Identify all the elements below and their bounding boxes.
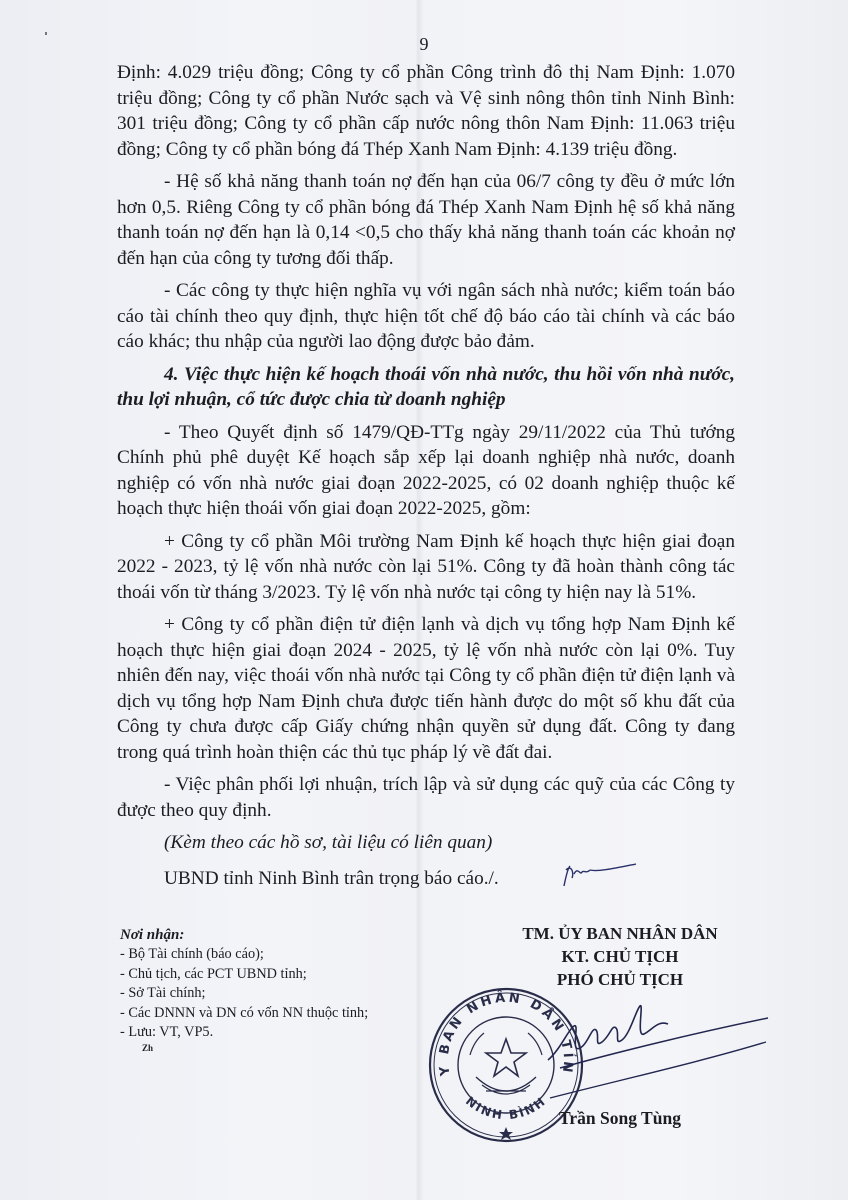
- paragraph-company-2: + Công ty cổ phần điện tử điện lạnh và d…: [117, 612, 735, 765]
- closing-line: UBND tỉnh Ninh Bình trân trọng báo cáo./…: [117, 860, 735, 898]
- paragraph-obligations: - Các công ty thực hiện nghĩa vụ với ngâ…: [117, 278, 735, 355]
- recipient-item: - Sở Tài chính;: [120, 984, 440, 1003]
- recipient-item: - Chủ tịch, các PCT UBND tỉnh;: [120, 965, 440, 984]
- recipients-list: Nơi nhận: - Bộ Tài chính (báo cáo); - Ch…: [120, 926, 440, 1054]
- paragraph-decision: - Theo Quyết định số 1479/QĐ-TTg ngày 29…: [117, 420, 735, 522]
- signature-block: TM. ỦY BAN NHÂN DÂN KT. CHỦ TỊCH PHÓ CHỦ…: [470, 922, 770, 991]
- signature-title-line2: KT. CHỦ TỊCH: [470, 945, 770, 968]
- svg-text:NINH BÌNH: NINH BÌNH: [463, 1094, 549, 1122]
- signature-title-line1: TM. ỦY BAN NHÂN DÂN: [470, 922, 770, 945]
- signer-name: Trần Song Tùng: [540, 1108, 700, 1129]
- initials-mark-icon: [513, 860, 640, 898]
- document-body: Định: 4.029 triệu đồng; Công ty cổ phần …: [117, 60, 735, 897]
- handwritten-signature-icon: [540, 990, 770, 1100]
- page-number: 9: [0, 34, 848, 55]
- recipient-item: - Các DNNN và DN có vốn NN thuộc tỉnh;: [120, 1004, 440, 1023]
- recipient-item: - Lưu: VT, VP5.: [120, 1023, 440, 1042]
- section-heading-4: 4. Việc thực hiện kế hoạch thoái vốn nhà…: [117, 362, 735, 413]
- paragraph-continuation: Định: 4.029 triệu đồng; Công ty cổ phần …: [117, 60, 735, 162]
- paragraph-company-1: + Công ty cổ phần Môi trường Nam Định kế…: [117, 529, 735, 606]
- document-page: 9 Định: 4.029 triệu đồng; Công ty cổ phầ…: [0, 0, 848, 1200]
- drafter-code: Zh: [142, 1042, 440, 1054]
- paragraph-payment-ratio: - Hệ số khả năng thanh toán nợ đến hạn c…: [117, 169, 735, 271]
- paragraph-profit-distribution: - Việc phân phối lợi nhuận, trích lập và…: [117, 772, 735, 823]
- attachment-note: (Kèm theo các hồ sơ, tài liệu có liên qu…: [117, 830, 735, 856]
- recipient-item: - Bộ Tài chính (báo cáo);: [120, 945, 440, 964]
- closing-text: UBND tỉnh Ninh Bình trân trọng báo cáo./…: [164, 868, 499, 889]
- recipients-title: Nơi nhận:: [120, 926, 440, 945]
